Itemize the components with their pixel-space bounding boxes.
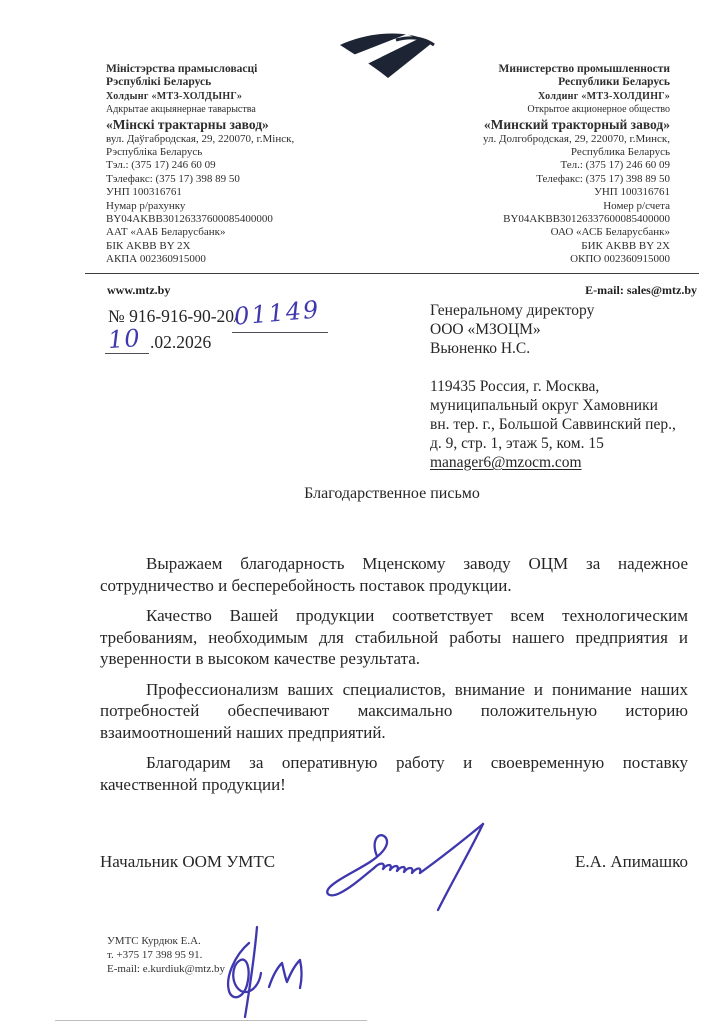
letterhead-line: Тэлефакс: (375 17) 398 89 50	[106, 173, 346, 186]
recipient-address-line: муниципальный округ Хамовники	[430, 396, 695, 415]
sales-email-label: E-mail: sales@mtz.by	[585, 283, 697, 298]
letter-page: Міністэрства прамысловасці Рэспублікі Бе…	[0, 0, 724, 1024]
letterhead-line: ул. Долгобродская, 29, 220070, г.Минск,	[410, 133, 670, 146]
letterhead-line: Холдинг «МТЗ-ХОЛДИНГ»	[410, 90, 670, 103]
letterhead-line: ОАО «АСБ Беларусбанк»	[410, 226, 670, 239]
recipient-address-line: вн. тер. г., Большой Саввинский пер.,	[430, 415, 695, 434]
body-paragraph: Выражаем благодарность Мценскому заводу …	[100, 553, 688, 596]
letterhead-line: Рэспублікі Беларусь	[106, 76, 346, 89]
recipient-address-line: 119435 Россия, г. Москва,	[430, 377, 695, 396]
signature-autograph	[320, 818, 510, 928]
letter-body: Выражаем благодарность Мценскому заводу …	[100, 553, 688, 804]
body-paragraph: Профессионализм ваших специалистов, вним…	[100, 679, 688, 744]
letterhead-line: Міністэрства прамысловасці	[106, 63, 346, 76]
letterhead-line: «Минский тракторный завод»	[410, 117, 670, 133]
bottom-scan-line	[55, 1020, 367, 1021]
ref-date-printed: .02.2026	[150, 332, 211, 353]
letterhead-line: Республики Беларусь	[410, 76, 670, 89]
body-paragraph: Благодарим за оперативную работу и своев…	[100, 752, 688, 795]
letterhead-line: BY04AKBB30126337600085400000	[106, 213, 346, 226]
letterhead-line: УНП 100316761	[106, 186, 346, 199]
letterhead-line: Адкрытае акцыянернае таварыства	[106, 103, 346, 116]
letterhead-line: Министерство промышленности	[410, 63, 670, 76]
letter-title: Благодарственное письмо	[60, 485, 724, 503]
header-rule	[85, 273, 699, 274]
recipient-line: Генеральному директору	[430, 301, 695, 320]
body-paragraph: Качество Вашей продукции соответствует в…	[100, 605, 688, 670]
signature-position-label: Начальник ООМ УМТС	[100, 852, 275, 872]
recipient-line: Вьюненко Н.С.	[430, 339, 695, 358]
letterhead-right: Министерство промышленности Республики Б…	[410, 63, 670, 267]
letterhead-line: БІК AKBB BY 2X	[106, 240, 346, 253]
recipient-block: Генеральному директору ООО «МЗОЦМ» Вьюне…	[430, 301, 695, 472]
recipient-address-line: д. 9, стр. 1, этаж 5, ком. 15	[430, 434, 695, 453]
ref-date-handwritten: 10	[107, 324, 141, 354]
signatory-name: Е.А. Апимашко	[575, 852, 688, 872]
letterhead-line: АКПА 002360915000	[106, 253, 346, 266]
letterhead-line: Рэспубліка Беларусь	[106, 146, 346, 159]
letterhead-line: Республика Беларусь	[410, 146, 670, 159]
reference-block: № 916-916-90-20/ 01149 10 .02.2026	[108, 306, 438, 370]
ref-date-underline	[105, 353, 149, 354]
letterhead-line: вул. Даўгабродская, 29, 220070, г.Мінск,	[106, 133, 346, 146]
letterhead-line: Открытое акционерное общество	[410, 103, 670, 116]
recipient-line: ООО «МЗОЦМ»	[430, 320, 695, 339]
letterhead-line: ААТ «ААБ Беларусбанк»	[106, 226, 346, 239]
letterhead-line: ОКПО 002360915000	[410, 253, 670, 266]
letterhead-line: BY04AKBB30126337600085400000	[410, 213, 670, 226]
letterhead-line: Холдынг «МТЗ-ХОЛДЫНГ»	[106, 90, 346, 103]
letterhead-line: «Мінскі трактарны завод»	[106, 117, 346, 133]
letterhead-line: Нумар р/рахунку	[106, 200, 346, 213]
letterhead-line: БИК AKBB BY 2X	[410, 240, 670, 253]
recipient-email: manager6@mzocm.com	[430, 453, 695, 472]
letterhead-line: УНП 100316761	[410, 186, 670, 199]
ref-number-handwritten: 01149	[233, 295, 321, 330]
letterhead-line: Номер р/счета	[410, 200, 670, 213]
letterhead-line: Телефакс: (375 17) 398 89 50	[410, 173, 670, 186]
letterhead-line: Тел.: (375 17) 246 60 09	[410, 159, 670, 172]
ref-underline	[232, 332, 328, 333]
letterhead-line: Тэл.: (375 17) 246 60 09	[106, 159, 346, 172]
letterhead-left: Міністэрства прамысловасці Рэспублікі Бе…	[106, 63, 346, 267]
website-label: www.mtz.by	[107, 283, 170, 298]
paraph-autograph	[205, 925, 320, 1024]
